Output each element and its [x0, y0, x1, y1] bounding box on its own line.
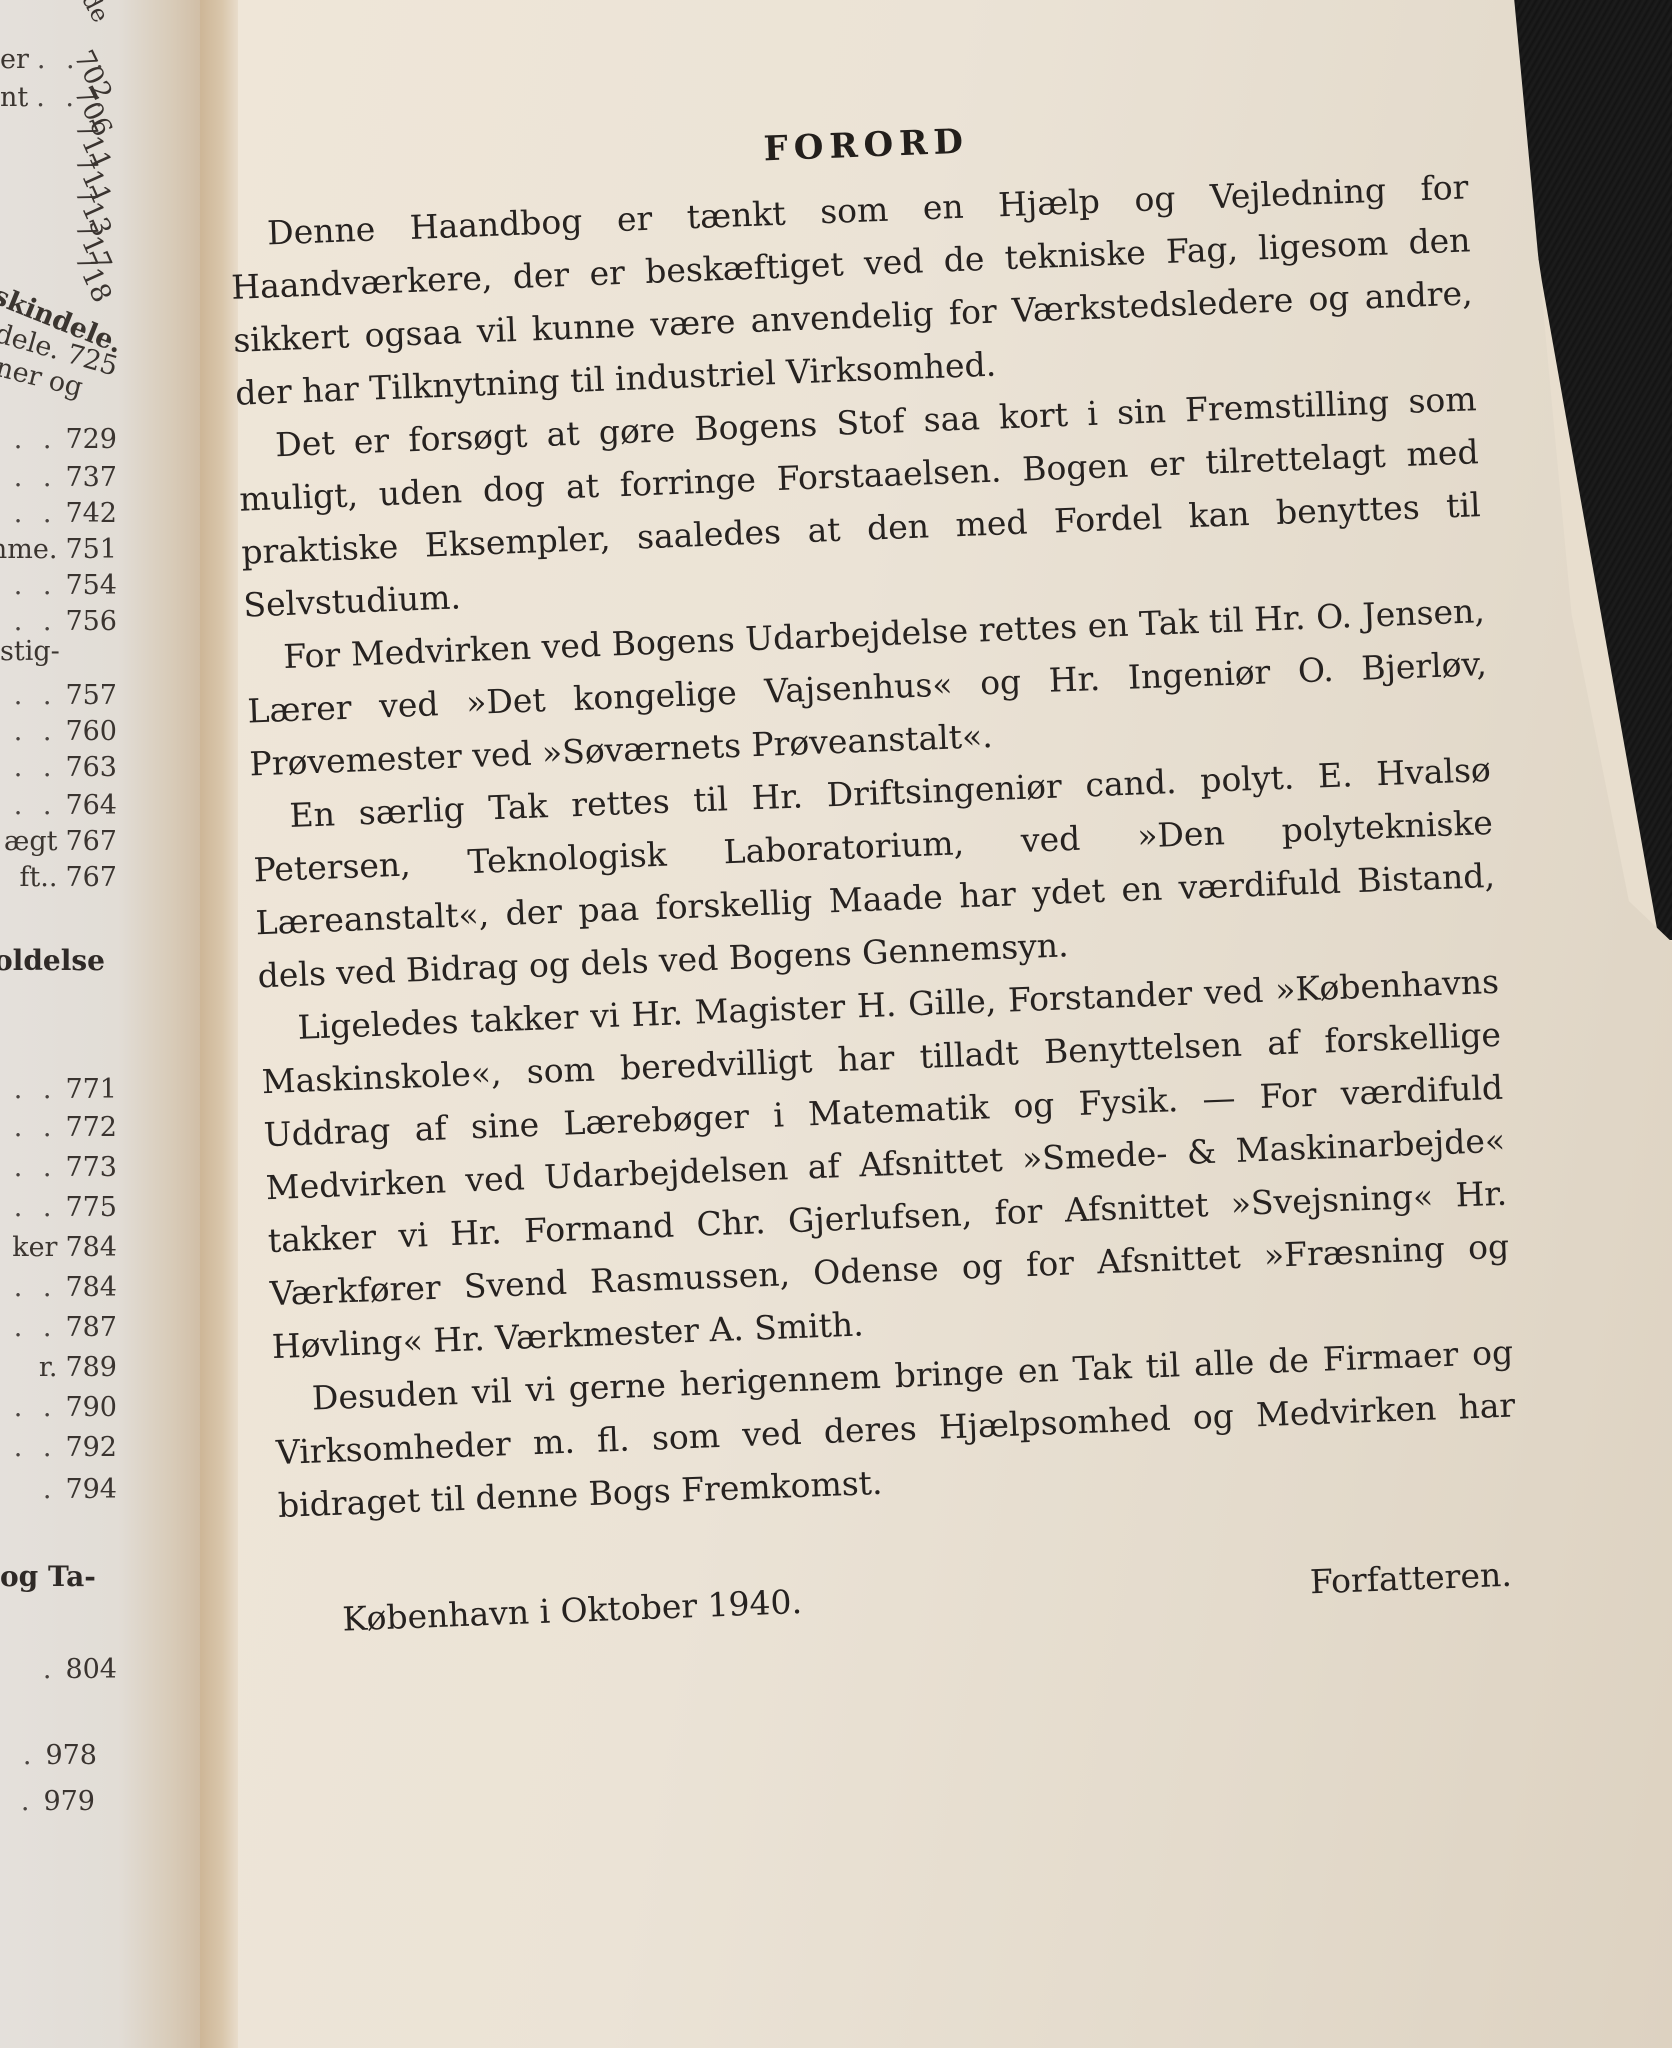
- toc-leader-dots: . . .: [0, 790, 57, 821]
- toc-leader-dots: .: [43, 1474, 58, 1505]
- toc-entry: . . . . 754: [0, 570, 117, 601]
- toc-leader-dots: . . . .: [0, 680, 57, 711]
- toc-leader-dots: . .: [14, 1272, 58, 1303]
- foreword-paragraph: Ligeledes takker vi Hr. Magister H. Gill…: [259, 955, 1512, 1373]
- toc-page-number: 767: [65, 826, 117, 857]
- foreword-section: FORORD Denne Haandbog er tænkt som en Hj…: [226, 102, 1522, 1641]
- toc-section-heading: oldelse: [0, 944, 105, 977]
- toc-entry-text: ker: [12, 1232, 57, 1263]
- toc-entry: ft.. 767: [19, 862, 117, 893]
- toc-entry-text: stig-: [0, 636, 60, 667]
- toc-entry: nme. 751: [0, 534, 117, 565]
- toc-entry: . 794: [43, 1474, 117, 1505]
- toc-entry: nt . . .: [0, 82, 109, 113]
- toc-entry: . 979: [21, 1786, 95, 1817]
- toc-leader-dots: . .: [14, 1112, 58, 1143]
- toc-page-number: 772: [65, 1112, 117, 1143]
- toc-page-number: 757: [65, 680, 117, 711]
- toc-entry: . 978: [23, 1740, 97, 1771]
- toc-page-number: 804: [65, 1654, 117, 1685]
- toc-leader-dots: . . .: [0, 1074, 57, 1105]
- toc-page-number: 775: [65, 1192, 117, 1223]
- toc-entry: . . 790: [14, 1392, 117, 1423]
- toc-leader-dots: .: [43, 1654, 58, 1685]
- toc-entry: . . . . 756: [0, 606, 117, 637]
- toc-page-number: 751: [65, 534, 117, 565]
- toc-entry: . . . . 737: [0, 462, 117, 493]
- toc-page-number: 789: [65, 1352, 117, 1383]
- toc-leader-dots: .: [21, 1786, 36, 1817]
- toc-page-number: 773: [65, 1152, 117, 1183]
- toc-page-number: 790: [65, 1392, 117, 1423]
- toc-entry: . . 784: [14, 1272, 117, 1303]
- toc-leader-dots: . . .: [0, 716, 57, 747]
- toc-leader-dots: . . . .: [0, 424, 57, 455]
- toc-page-number: 771: [65, 1074, 117, 1105]
- toc-entry-text: er: [0, 44, 29, 75]
- toc-page-number: 787: [65, 1312, 117, 1343]
- toc-page-number: 763: [65, 752, 117, 783]
- toc-leader-dots: . .: [14, 1432, 58, 1463]
- toc-entry: . . 772: [14, 1112, 117, 1143]
- toc-entry: . . . 771: [0, 1074, 117, 1105]
- toc-header: Side: [65, 0, 115, 27]
- toc-page-number: 737: [65, 462, 117, 493]
- toc-entry: . . . 764: [0, 790, 117, 821]
- toc-page-number: 794: [65, 1474, 117, 1505]
- toc-page-number: 979: [43, 1786, 95, 1817]
- toc-entry: . . 792: [14, 1432, 117, 1463]
- toc-entry: . . . 760: [0, 716, 117, 747]
- toc-entry: . . . . 763: [0, 752, 117, 783]
- toc-entry: stig-: [0, 636, 60, 667]
- toc-page-number: 978: [45, 1740, 97, 1771]
- toc-page-number: 767: [65, 862, 117, 893]
- toc-page-number: 784: [65, 1272, 117, 1303]
- toc-entry: r. 789: [39, 1352, 117, 1383]
- toc-leader-dots: . . .: [36, 82, 109, 113]
- toc-entry: . . 787: [14, 1312, 117, 1343]
- toc-page-number: 784: [65, 1232, 117, 1263]
- toc-entry: ker 784: [12, 1232, 117, 1263]
- toc-entry: . . 775: [14, 1192, 117, 1223]
- toc-section-heading: og Ta-: [0, 1560, 96, 1593]
- toc-leader-dots: . . . .: [0, 498, 57, 529]
- toc-entry: . 804: [43, 1654, 117, 1685]
- author-signature: Forfatteren.: [1309, 1555, 1512, 1602]
- toc-entry: . . . . 729: [0, 424, 117, 455]
- toc-entry: er . . .: [0, 44, 110, 75]
- toc-header-label: Side: [65, 0, 115, 27]
- toc-entry-text: r.: [39, 1352, 58, 1383]
- toc-page-number: 754: [65, 570, 117, 601]
- toc-leader-dots: . .: [14, 1152, 58, 1183]
- toc-entry-text: nme.: [0, 534, 57, 565]
- toc-page-number: 756: [65, 606, 117, 637]
- toc-page-number: 792: [65, 1432, 117, 1463]
- toc-leader-dots: . . . .: [0, 462, 57, 493]
- toc-page-number: 764: [65, 790, 117, 821]
- toc-leader-dots: . . . .: [0, 752, 57, 783]
- toc-leader-dots: . .: [14, 1192, 58, 1223]
- toc-page-number: 742: [65, 498, 117, 529]
- toc-leader-dots: . .: [14, 1392, 58, 1423]
- toc-entry-text: nt: [0, 82, 28, 113]
- toc-leader-dots: . . . .: [0, 570, 57, 601]
- toc-entry: . . 773: [14, 1152, 117, 1183]
- toc-entry-text: ft..: [19, 862, 57, 893]
- toc-leader-dots: . .: [14, 1312, 58, 1343]
- table-of-contents: Side 702 er . . . 706 nt . . . 711 711 7…: [0, 0, 215, 2048]
- toc-entry: . . . . 742: [0, 498, 117, 529]
- toc-leader-dots: . . .: [37, 44, 110, 75]
- toc-leader-dots: . . . .: [0, 606, 57, 637]
- toc-entry: . . . . 757: [0, 680, 117, 711]
- toc-page-number: 729: [65, 424, 117, 455]
- toc-entry-text: ægt: [4, 826, 58, 857]
- toc-entry: ægt 767: [4, 826, 117, 857]
- toc-page-number: 760: [65, 716, 117, 747]
- toc-leader-dots: .: [23, 1740, 38, 1771]
